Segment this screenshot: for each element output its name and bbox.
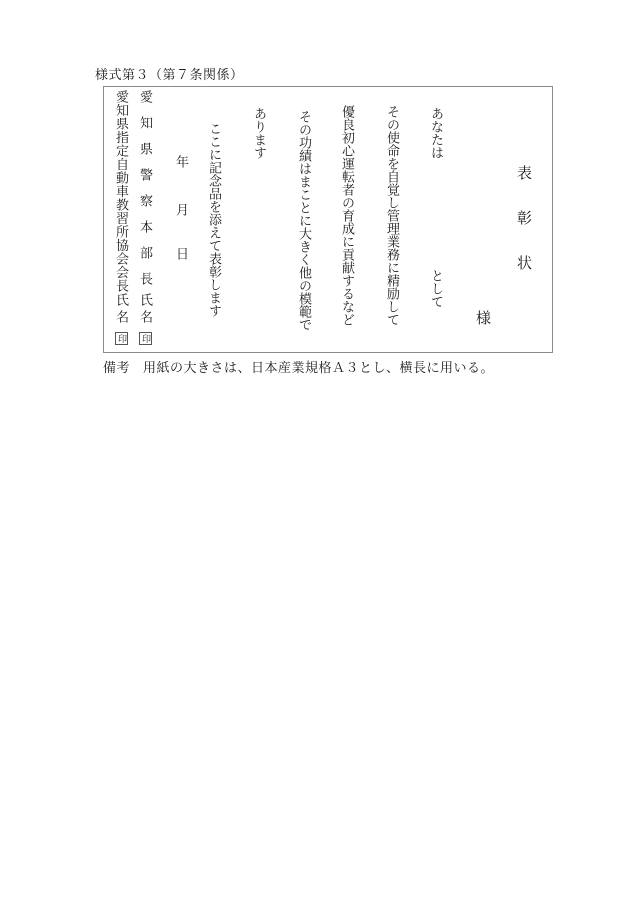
signer-title: 愛知県警察本部長 bbox=[138, 90, 153, 298]
salutation-lead: あなたは bbox=[429, 107, 444, 159]
remarks-label: 備考 bbox=[103, 360, 130, 375]
signer-name-label: 氏名 bbox=[139, 293, 152, 327]
remarks-note: 備考用紙の大きさは、日本産業規格Ａ３とし、横長に用いる。 bbox=[103, 357, 494, 376]
date-day-label: 日 bbox=[174, 247, 189, 260]
document-page: 様式第３（第７条関係） 表彰状 様 あなたはとして その使命を自覚し管理業務に精… bbox=[0, 0, 630, 903]
body-line-1: その使命を自覚し管理業務に精励して bbox=[386, 105, 399, 326]
seal-mark: 印 bbox=[115, 332, 128, 345]
form-label: 様式第３（第７条関係） bbox=[95, 64, 244, 83]
body-line-3: その功績はまことに大きく他の模範で bbox=[298, 110, 311, 331]
signer-name-label: 氏名 bbox=[115, 293, 128, 327]
remarks-text: 用紙の大きさは、日本産業規格Ａ３とし、横長に用いる。 bbox=[143, 360, 494, 375]
body-line-4: あります bbox=[253, 107, 266, 159]
salutation-trail: として bbox=[429, 269, 444, 308]
body-line-2: 優良初心運転者の育成に貢献するなど bbox=[341, 105, 354, 326]
signature-association-president: 愛知県指定自動車教習所協会会長 氏名 印 bbox=[115, 90, 128, 350]
certificate-box: 表彰状 様 あなたはとして その使命を自覚し管理業務に精励して 優良初心運転者の… bbox=[103, 86, 553, 353]
date-line: 年月日 bbox=[175, 155, 188, 260]
salutation-line: あなたはとして bbox=[430, 107, 443, 308]
date-month-label: 月 bbox=[174, 203, 189, 216]
body-line-5: ここに記念品を添えて表彰します bbox=[208, 122, 221, 317]
date-year-label: 年 bbox=[174, 155, 189, 168]
recipient-honorific: 様 bbox=[474, 310, 489, 325]
certificate-title: 表彰状 bbox=[515, 165, 530, 300]
signer-title: 愛知県指定自動車教習所協会会長 bbox=[114, 90, 129, 293]
signature-police-chief: 愛知県警察本部長 氏名 印 bbox=[139, 90, 152, 350]
seal-mark: 印 bbox=[139, 332, 152, 345]
